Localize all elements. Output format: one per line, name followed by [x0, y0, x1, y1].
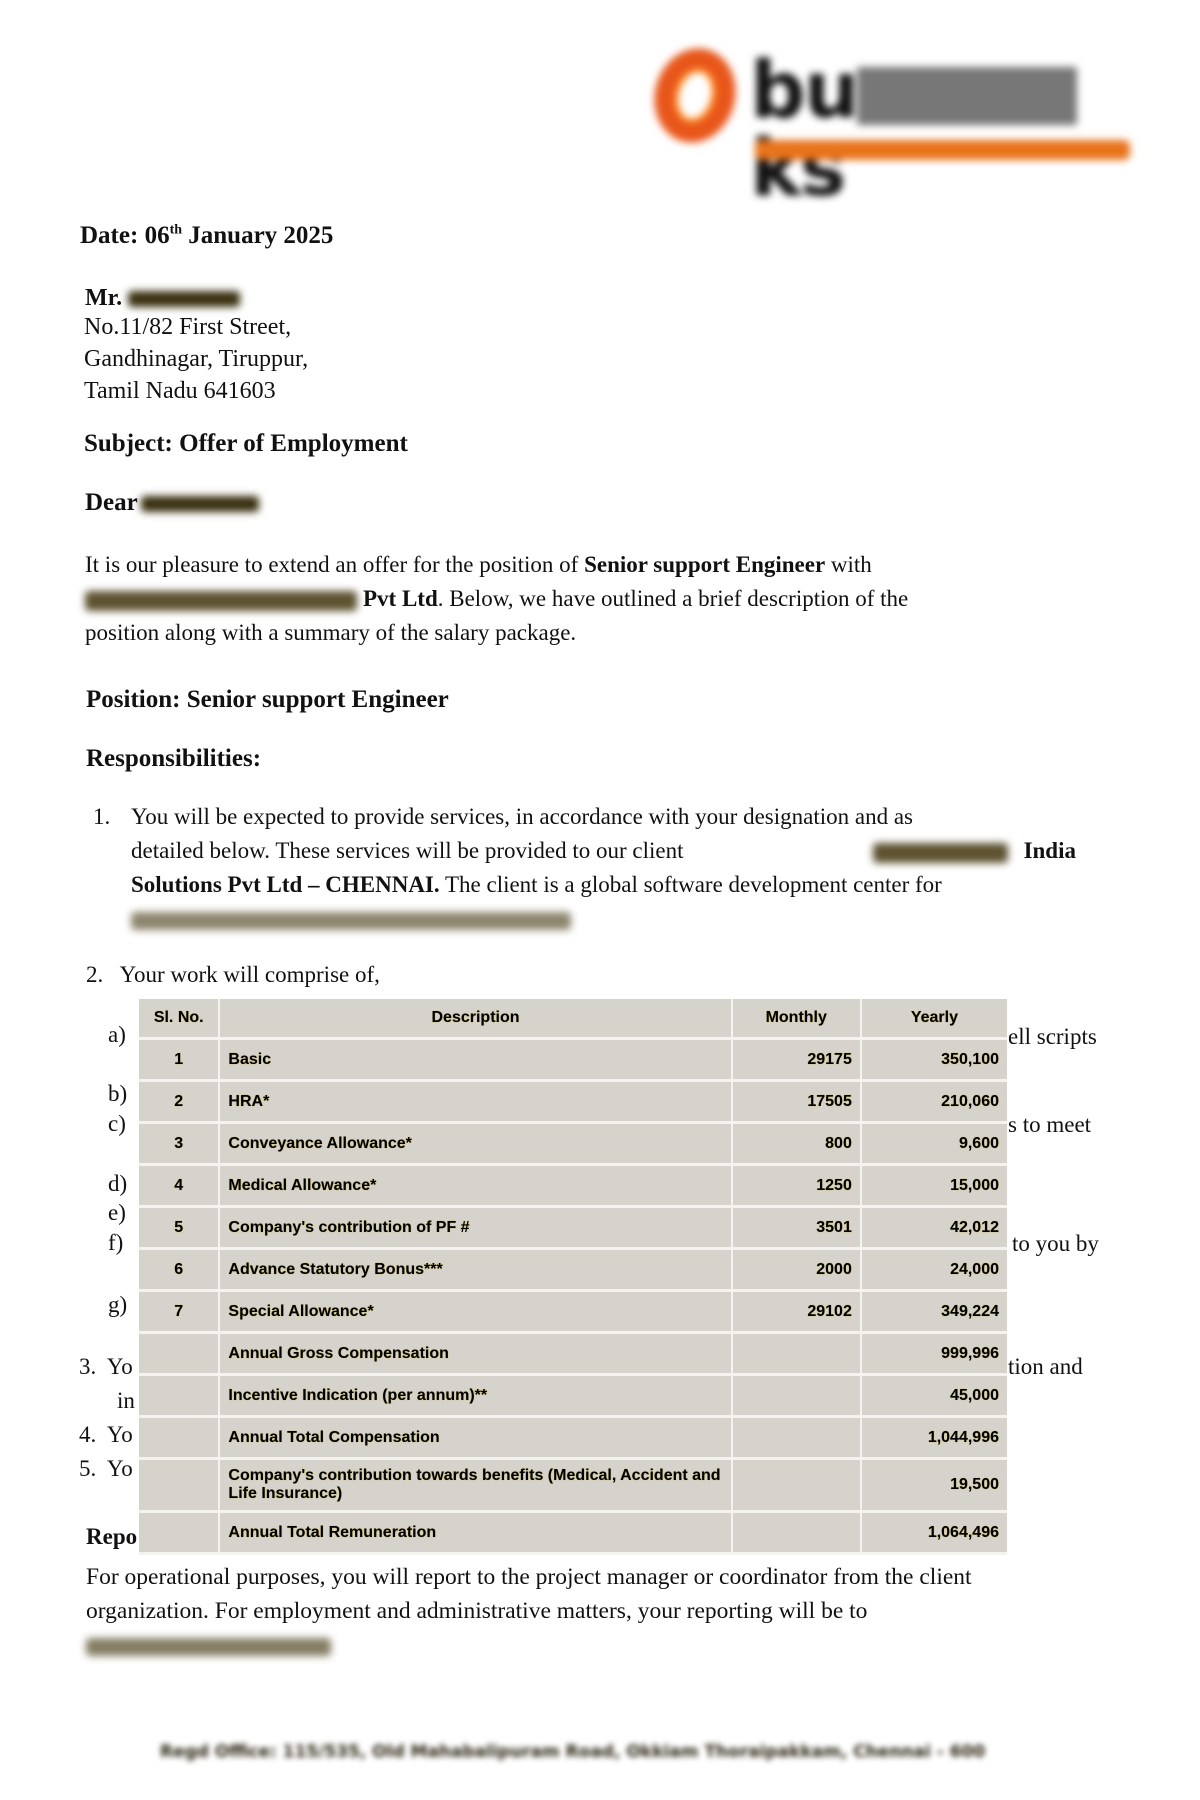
- cell-description: HRA*: [220, 1082, 732, 1124]
- cell-sl-no: 3: [139, 1124, 220, 1166]
- col-header-yearly: Yearly: [862, 999, 1007, 1040]
- cell-yearly: 9,600: [862, 1124, 1007, 1166]
- item-number: 1.: [93, 800, 110, 834]
- cell-monthly: 2000: [733, 1250, 862, 1292]
- logo-tagline: [755, 140, 1130, 160]
- salary-breakup-table: Sl. No. Description Monthly Yearly 1Basi…: [139, 999, 1007, 1555]
- letter-date: Date: 06th January 2025: [80, 222, 333, 250]
- cell-yearly: 45,000: [862, 1376, 1007, 1418]
- registered-office-footer: Regd Office: 115/535, Old Mahabalipuram …: [160, 1742, 990, 1768]
- cell-monthly: 17505: [733, 1082, 862, 1124]
- cell-description: Basic: [220, 1040, 732, 1082]
- table-row: 6Advance Statutory Bonus***200024,000: [139, 1250, 1007, 1292]
- cell-sl-no: 5: [139, 1208, 220, 1250]
- cell-sl-no: 4: [139, 1166, 220, 1208]
- recipient-block: Mr.: [85, 282, 240, 314]
- recipient-address: No.11/82 First Street, Gandhinagar, Tiru…: [84, 311, 308, 407]
- address-line: No.11/82 First Street,: [84, 311, 308, 343]
- cell-monthly: [733, 1376, 862, 1418]
- subitem-letter: g): [108, 1288, 127, 1322]
- cell-yearly: 24,000: [862, 1250, 1007, 1292]
- cell-sl-no: 2: [139, 1082, 220, 1124]
- cell-sl-no: 1: [139, 1040, 220, 1082]
- cell-monthly: 1250: [733, 1166, 862, 1208]
- cell-sl-no: [139, 1334, 220, 1376]
- cell-yearly: 350,100: [862, 1040, 1007, 1082]
- cell-description: Advance Statutory Bonus***: [220, 1250, 732, 1292]
- reporting-heading-partial: Repo: [86, 1520, 137, 1554]
- cell-description: Company's contribution towards benefits …: [220, 1460, 732, 1513]
- cell-description: Special Allowance*: [220, 1292, 732, 1334]
- company-ring-logo-icon: [644, 39, 746, 151]
- position-heading: Position: Senior support Engineer: [86, 686, 449, 714]
- cell-monthly: 3501: [733, 1208, 862, 1250]
- intro-paragraph: It is our pleasure to extend an offer fo…: [85, 548, 1035, 650]
- cell-monthly: [733, 1513, 862, 1555]
- col-header-sl-no: Sl. No.: [139, 999, 220, 1040]
- address-line: Tamil Nadu 641603: [84, 375, 308, 407]
- table-row: 5Company's contribution of PF #350142,01…: [139, 1208, 1007, 1250]
- hidden-text-fragment: ell scripts: [1008, 1020, 1097, 1054]
- hidden-text-fragment: s to meet: [1008, 1108, 1091, 1142]
- cell-yearly: 999,996: [862, 1334, 1007, 1376]
- cell-description: Medical Allowance*: [220, 1166, 732, 1208]
- cell-yearly: 19,500: [862, 1460, 1007, 1513]
- responsibility-item-1: You will be expected to provide services…: [131, 800, 1076, 936]
- cell-description: Annual Gross Compensation: [220, 1334, 732, 1376]
- subitem-letter: b): [108, 1077, 127, 1111]
- table-row: Annual Total Remuneration1,064,496: [139, 1513, 1007, 1555]
- table-row: 7Special Allowance*29102349,224: [139, 1292, 1007, 1334]
- cell-monthly: [733, 1460, 862, 1513]
- recipient-name: Mr.: [85, 282, 240, 314]
- col-header-description: Description: [220, 999, 732, 1040]
- logo-wordmark: buks: [750, 52, 1145, 208]
- table-row: Incentive Indication (per annum)**45,000: [139, 1376, 1007, 1418]
- cell-description: Annual Total Remuneration: [220, 1513, 732, 1555]
- greeting: Dear: [85, 489, 259, 517]
- cell-description: Conveyance Allowance*: [220, 1124, 732, 1166]
- hidden-item-5: 5. Yo: [79, 1452, 133, 1486]
- cell-yearly: 42,012: [862, 1208, 1007, 1250]
- col-header-monthly: Monthly: [733, 999, 862, 1040]
- table-header-row: Sl. No. Description Monthly Yearly: [139, 999, 1007, 1040]
- hidden-text-fragment: to you by: [1012, 1227, 1099, 1261]
- responsibilities-heading: Responsibilities:: [86, 745, 261, 773]
- subitem-letter: f): [108, 1226, 123, 1260]
- responsibility-item-2: 2. Your work will comprise of,: [86, 958, 380, 992]
- table-row: 3Conveyance Allowance*8009,600: [139, 1124, 1007, 1166]
- cell-yearly: 1,044,996: [862, 1418, 1007, 1460]
- cell-monthly: 29175: [733, 1040, 862, 1082]
- cell-sl-no: [139, 1418, 220, 1460]
- cell-monthly: [733, 1334, 862, 1376]
- table-row: Annual Total Compensation1,044,996: [139, 1418, 1007, 1460]
- cell-description: Company's contribution of PF #: [220, 1208, 732, 1250]
- cell-description: Incentive Indication (per annum)**: [220, 1376, 732, 1418]
- subject-line: Subject: Offer of Employment: [84, 430, 408, 458]
- subitem-letter: e): [108, 1196, 126, 1230]
- cell-sl-no: [139, 1376, 220, 1418]
- company-logo: buks: [655, 40, 1145, 180]
- cell-yearly: 15,000: [862, 1166, 1007, 1208]
- subitem-letter: c): [108, 1107, 126, 1141]
- subitem-letter: a): [108, 1018, 126, 1052]
- hidden-item-4: 4. Yo: [79, 1418, 133, 1452]
- hidden-item-3: 3. Yo: [79, 1350, 133, 1384]
- cell-yearly: 210,060: [862, 1082, 1007, 1124]
- cell-monthly: 800: [733, 1124, 862, 1166]
- cell-yearly: 349,224: [862, 1292, 1007, 1334]
- cell-sl-no: [139, 1460, 220, 1513]
- table-row: Company's contribution towards benefits …: [139, 1460, 1007, 1513]
- hidden-text-fragment: tion and: [1008, 1350, 1083, 1384]
- cell-yearly: 1,064,496: [862, 1513, 1007, 1555]
- cell-sl-no: 7: [139, 1292, 220, 1334]
- hidden-item-3-line2: in: [117, 1384, 135, 1418]
- reporting-paragraph: For operational purposes, you will repor…: [86, 1560, 972, 1662]
- table-row: 4Medical Allowance*125015,000: [139, 1166, 1007, 1208]
- cell-description: Annual Total Compensation: [220, 1418, 732, 1460]
- cell-sl-no: 6: [139, 1250, 220, 1292]
- table-row: 1Basic29175350,100: [139, 1040, 1007, 1082]
- cell-monthly: [733, 1418, 862, 1460]
- address-line: Gandhinagar, Tiruppur,: [84, 343, 308, 375]
- cell-sl-no: [139, 1513, 220, 1555]
- cell-monthly: 29102: [733, 1292, 862, 1334]
- table-row: Annual Gross Compensation999,996: [139, 1334, 1007, 1376]
- table-row: 2HRA*17505210,060: [139, 1082, 1007, 1124]
